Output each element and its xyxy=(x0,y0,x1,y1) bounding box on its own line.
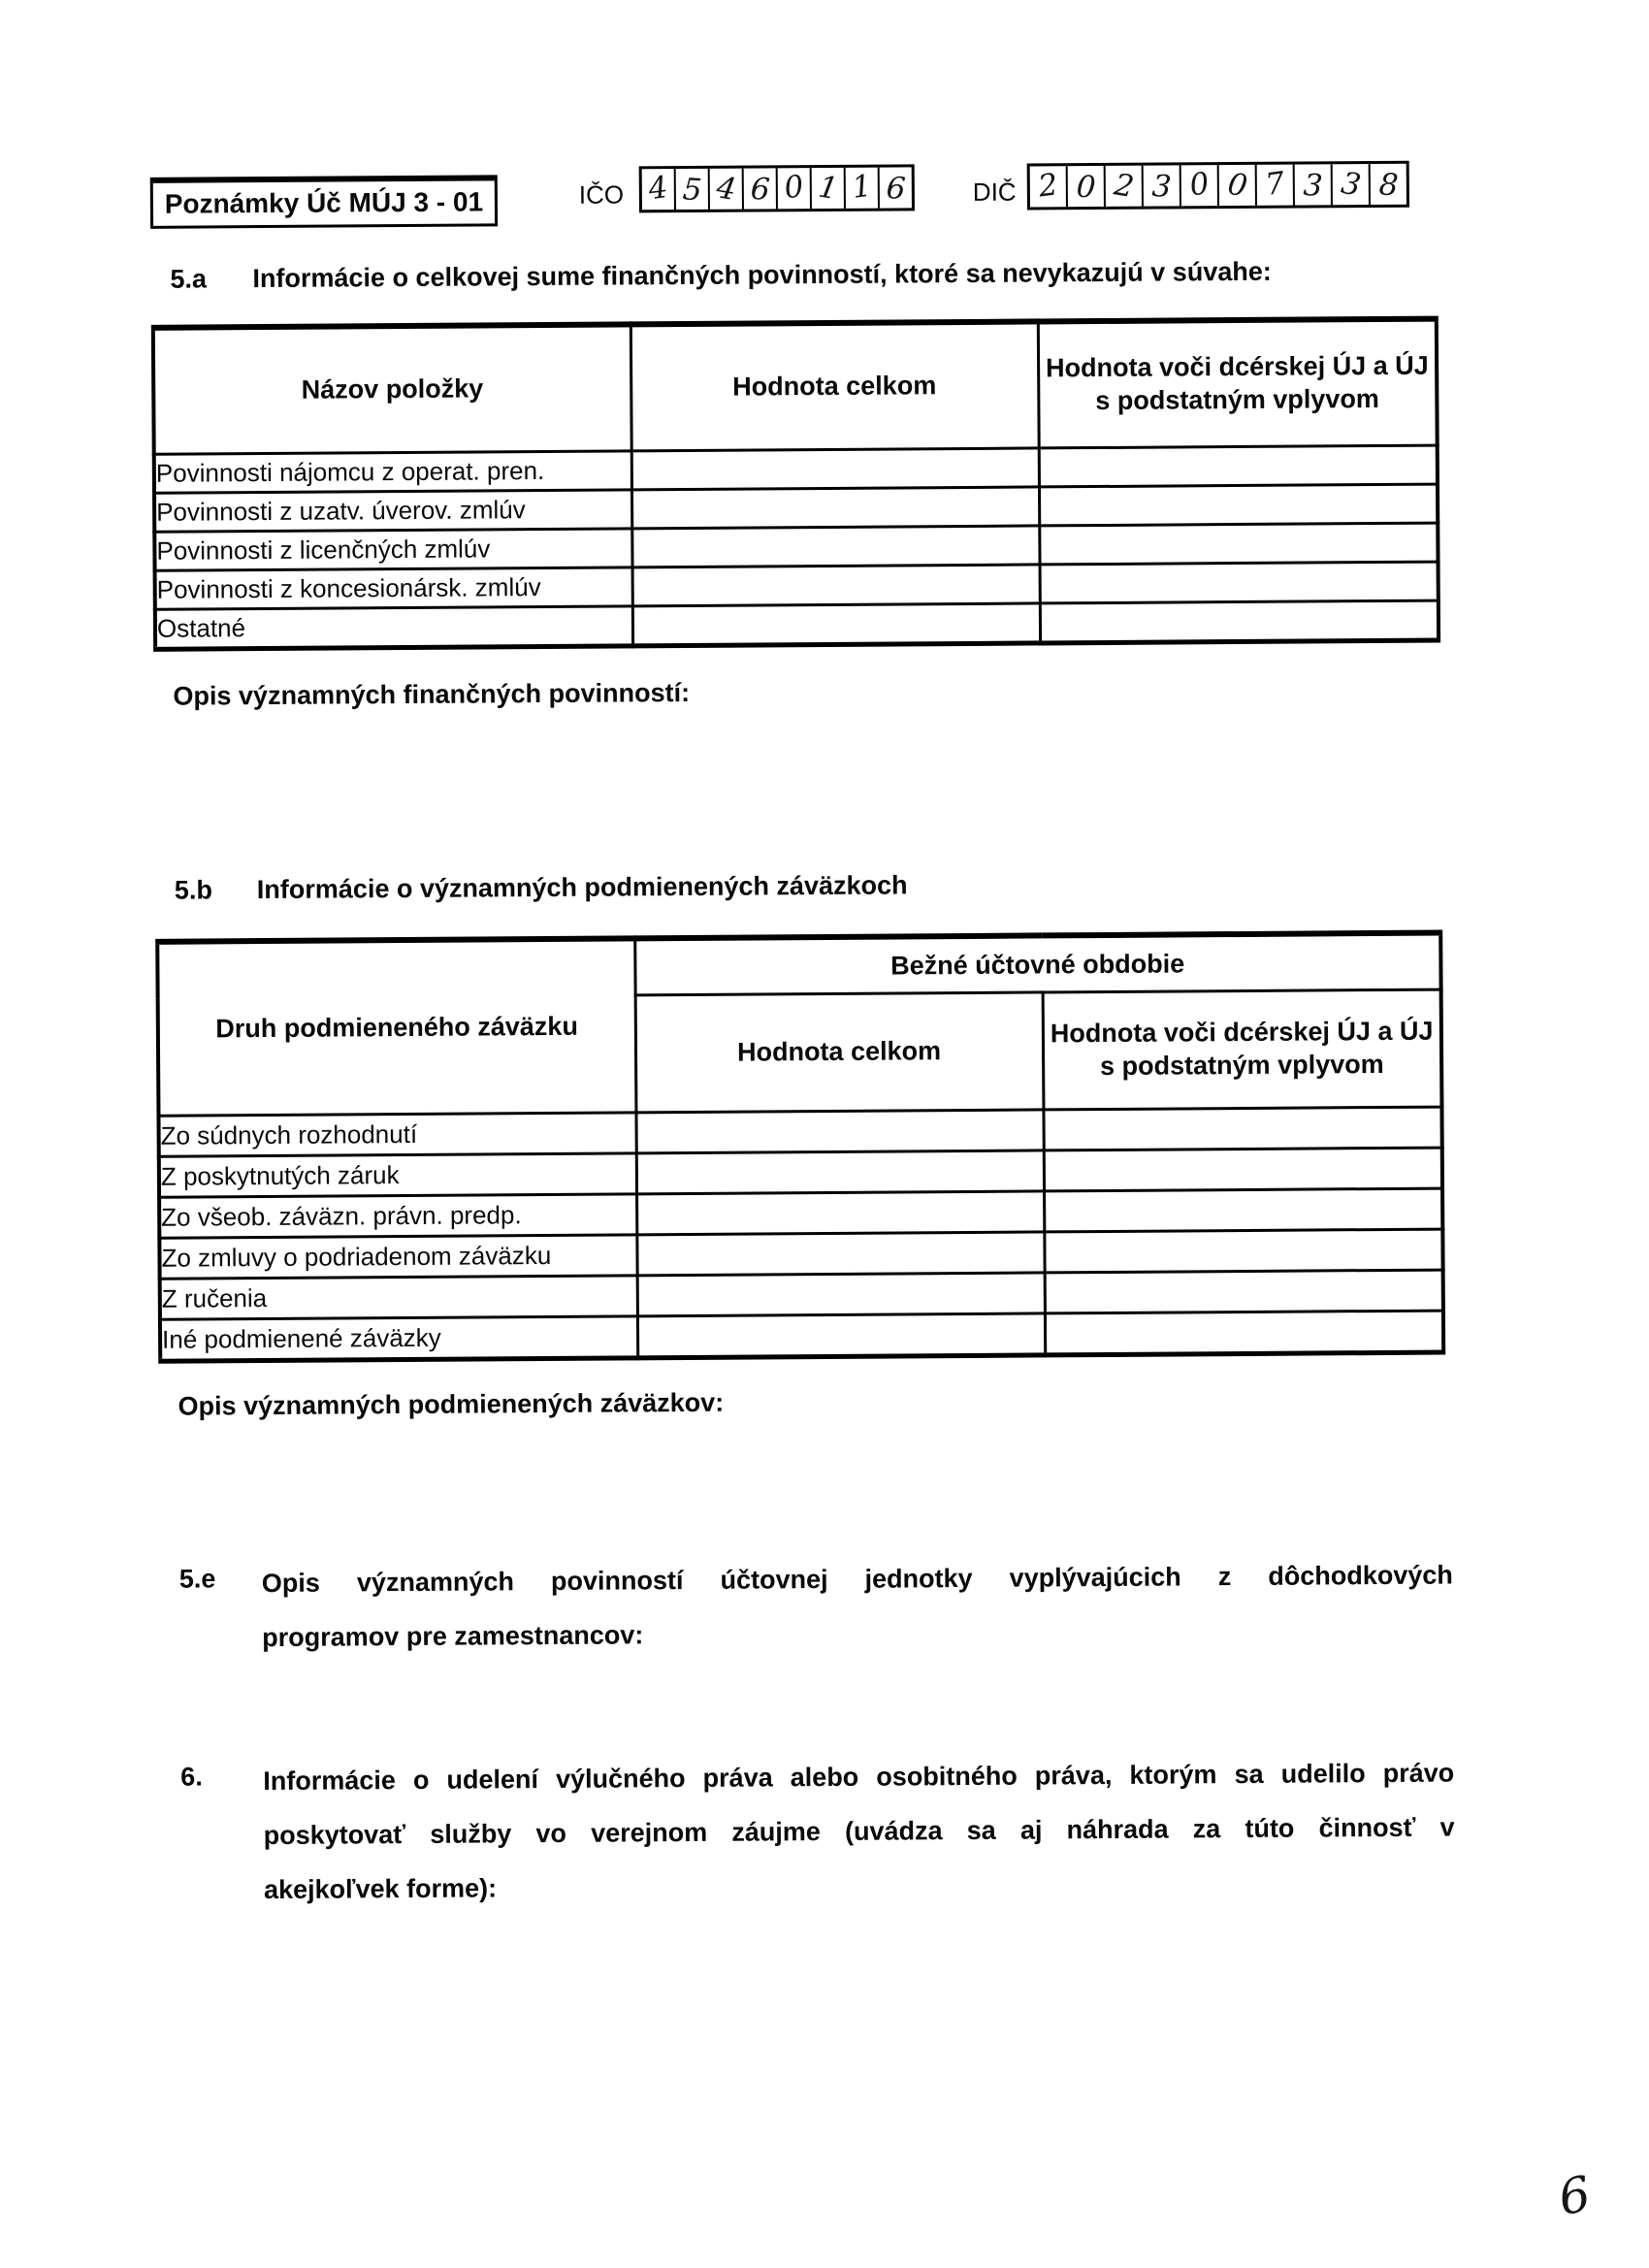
column-header: Hodnota voči dcérskej ÚJ a ÚJ s podstatn… xyxy=(1038,319,1438,448)
dic-digit: 3 xyxy=(1150,171,1172,202)
table-row: Ostatné xyxy=(155,600,1439,649)
section-6-paragraph: 6. Informácie o udelení výlučného práva … xyxy=(180,1753,1455,1925)
row-label: Zo súdnych rozhodnutí xyxy=(158,1113,635,1156)
value-cell xyxy=(1039,445,1438,487)
row-label: Z poskytnutých záruk xyxy=(159,1153,636,1197)
row-label: Zo všeob. záväzn. právn. predp. xyxy=(159,1194,636,1238)
value-cell xyxy=(637,1313,1045,1358)
value-cell xyxy=(631,448,1039,490)
ico-digit-cell: 6 xyxy=(744,168,778,209)
dic-digit: 2 xyxy=(1112,170,1136,203)
value-cell xyxy=(636,1150,1044,1194)
section-number: 5.a xyxy=(170,264,252,295)
ico-digit: 6 xyxy=(885,173,906,204)
form-code-box: Poznámky Úč MÚJ 3 - 01 xyxy=(150,175,498,228)
paragraph-line: akejkoľvek forme): xyxy=(264,1862,1455,1925)
financial-obligations-table: Názov položky Hodnota celkom Hodnota voč… xyxy=(151,316,1440,652)
row-label: Povinnosti z uzatv. úverov. zmlúv xyxy=(154,490,631,532)
ico-label: IČO xyxy=(579,179,624,210)
section-5b-heading: 5.b Informácie o významných podmienených… xyxy=(175,870,908,905)
ico-digit: 4 xyxy=(646,173,669,205)
row-label: Povinnosti z koncesionársk. zmlúv xyxy=(155,567,632,609)
value-cell xyxy=(1040,600,1439,643)
form-code-label: Poznámky Úč MÚJ 3 - 01 xyxy=(165,186,484,219)
value-cell xyxy=(1039,523,1438,565)
value-cell xyxy=(1045,1270,1443,1313)
ico-digit-cell: 4 xyxy=(710,169,744,210)
opis-contingent-label: Opis významných podmienených záväzkov: xyxy=(178,1388,724,1422)
value-cell xyxy=(1043,1107,1441,1150)
row-label: Povinnosti nájomcu z operat. pren. xyxy=(154,451,631,493)
row-label: Zo zmluvy o podriadenom záväzku xyxy=(159,1235,636,1279)
dic-digit-cell: 2 xyxy=(1030,166,1068,207)
dic-digit-cell: 0 xyxy=(1219,165,1257,206)
paragraph-line: poskytovať služby vo verejnom záujme (uv… xyxy=(264,1807,1455,1870)
ico-digit: 6 xyxy=(749,174,770,205)
dic-digit: 0 xyxy=(1225,169,1249,202)
section-5e-paragraph: 5.e Opis významných povinností účtovnej … xyxy=(179,1555,1454,1672)
ico-digit-boxes: 4 5 4 6 0 1 1 6 xyxy=(639,164,915,212)
ico-digit-cell: 6 xyxy=(880,167,912,208)
paragraph-line: programov pre zamestnancov: xyxy=(262,1609,1453,1672)
handwritten-page-number: 6 xyxy=(1554,2165,1595,2226)
value-cell xyxy=(1044,1188,1442,1232)
column-group-header: Bežné účtovné obdobie xyxy=(634,933,1440,995)
dic-digit-cell: 2 xyxy=(1106,166,1144,207)
ico-digit: 4 xyxy=(714,173,738,206)
document-page: Poznámky Úč MÚJ 3 - 01 IČO 4 5 4 6 0 1 1… xyxy=(0,0,1649,2268)
section-5a-heading: 5.a Informácie o celkovej sume finančnýc… xyxy=(170,257,1272,295)
column-header: Hodnota voči dcérskej ÚJ a ÚJ s podstatn… xyxy=(1043,989,1442,1110)
dic-digit-boxes: 2 0 2 3 0 0 7 3 3 8 xyxy=(1027,161,1409,211)
opis-financial-label: Opis významných finančných povinností: xyxy=(173,678,690,712)
table-row: Iné podmienené záväzky xyxy=(160,1311,1443,1361)
value-cell xyxy=(637,1273,1045,1316)
section-title: Informácie o celkovej sume finančných po… xyxy=(252,257,1272,294)
row-label: Z ručenia xyxy=(160,1276,637,1319)
value-cell xyxy=(635,1110,1043,1153)
dic-digit-cell: 3 xyxy=(1295,164,1333,205)
value-cell xyxy=(1045,1311,1443,1355)
dic-label: DIČ xyxy=(973,178,1017,208)
value-cell xyxy=(632,565,1040,606)
ico-digit-cell: 0 xyxy=(778,168,812,209)
dic-digit: 3 xyxy=(1302,170,1323,201)
column-header: Hodnota celkom xyxy=(630,321,1039,450)
section-number: 5.b xyxy=(175,875,257,906)
column-header: Druh podmieneného záväzku xyxy=(157,938,635,1116)
paragraph-line: Informácie o udelení výlučného práva ale… xyxy=(263,1753,1454,1816)
section-number: 6. xyxy=(180,1762,264,1926)
ico-digit: 5 xyxy=(681,175,702,206)
dic-digit-cell: 3 xyxy=(1333,164,1371,205)
value-cell xyxy=(1044,1148,1442,1191)
value-cell xyxy=(1044,1229,1442,1273)
dic-digit-cell: 8 xyxy=(1371,164,1406,205)
row-label: Iné podmienené záväzky xyxy=(160,1316,637,1361)
row-label: Povinnosti z licenčných zmlúv xyxy=(154,529,631,570)
ico-digit-cell: 1 xyxy=(812,168,846,209)
dic-digit: 0 xyxy=(1075,172,1096,203)
ico-digit: 0 xyxy=(782,172,805,204)
ico-digit: 1 xyxy=(850,171,873,203)
section-title: Informácie o významných podmienených záv… xyxy=(257,870,908,905)
dic-digit: 0 xyxy=(1187,169,1211,201)
value-cell xyxy=(631,526,1039,567)
dic-digit: 7 xyxy=(1263,168,1286,200)
value-cell xyxy=(632,603,1040,646)
paragraph-line: Opis významných povinností účtovnej jedn… xyxy=(262,1555,1453,1618)
ico-digit: 1 xyxy=(816,172,840,205)
column-header: Názov položky xyxy=(153,324,631,454)
dic-digit: 2 xyxy=(1036,170,1059,202)
ico-digit-cell: 4 xyxy=(642,169,676,210)
column-header: Hodnota celkom xyxy=(635,992,1044,1113)
value-cell xyxy=(1039,484,1438,526)
value-cell xyxy=(1040,562,1439,603)
value-cell xyxy=(636,1191,1044,1235)
dic-digit-cell: 0 xyxy=(1068,166,1106,207)
value-cell xyxy=(636,1232,1044,1276)
dic-digit-cell: 3 xyxy=(1144,165,1181,206)
ico-digit-cell: 5 xyxy=(676,169,710,210)
dic-digit-cell: 7 xyxy=(1257,165,1295,206)
value-cell xyxy=(631,487,1039,529)
row-label: Ostatné xyxy=(155,606,632,649)
section-number: 5.e xyxy=(179,1564,263,1673)
contingent-liabilities-table: Druh podmieneného záväzku Bežné účtovné … xyxy=(155,930,1445,1364)
dic-digit: 3 xyxy=(1339,168,1363,201)
ico-digit-cell: 1 xyxy=(846,168,880,209)
dic-digit: 8 xyxy=(1377,170,1399,201)
dic-digit-cell: 0 xyxy=(1181,165,1219,206)
